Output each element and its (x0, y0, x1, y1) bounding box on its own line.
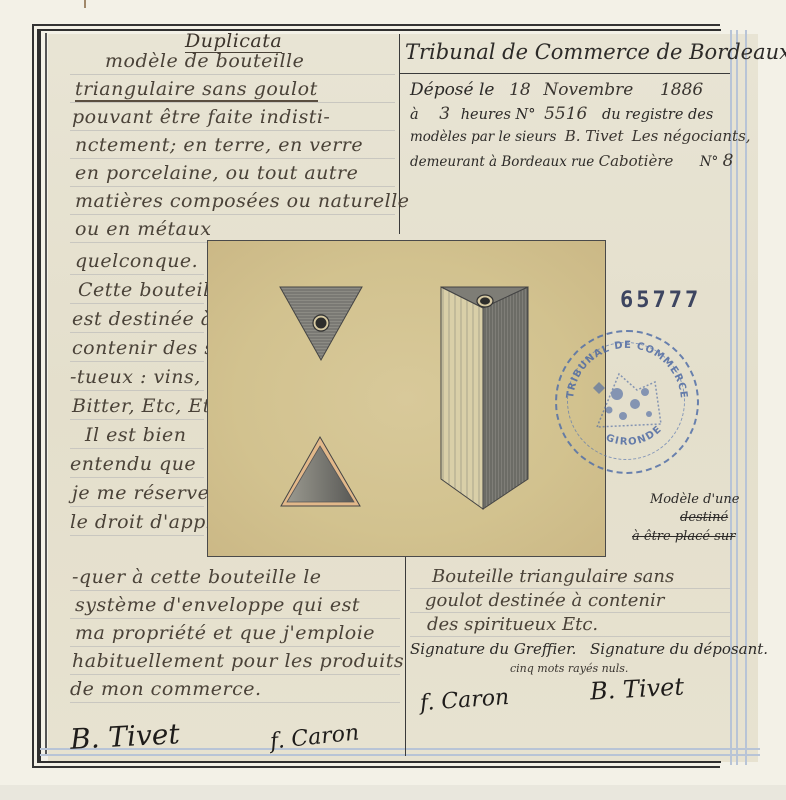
ruled-line (70, 303, 204, 304)
left-text-line: matières composées ou naturelle (75, 190, 410, 212)
left-text-line: -quer à cette bouteille le (72, 566, 322, 588)
column-divider-bottom (405, 556, 406, 756)
description-line-2: goulot destinée à contenir (425, 590, 664, 611)
ruled-line (70, 332, 204, 333)
left-text-line: nctement; en terre, en verre (75, 134, 363, 156)
depositor-signature-label: Signature du déposant. (590, 640, 768, 658)
left-signature-tivet: B. Tivet (69, 717, 180, 756)
court-seal-inner-ring (567, 342, 685, 460)
bottle-drawing (208, 241, 605, 556)
ruled-line (70, 361, 204, 362)
ruled-line (410, 612, 730, 613)
left-text-line: pouvant être faite indisti- (72, 106, 330, 128)
address-prefix: demeurant à Bordeaux rue (410, 154, 594, 170)
margin-note-struck1: destiné (680, 510, 728, 525)
drawing-plate (207, 240, 606, 557)
ruled-line (410, 588, 730, 589)
address-line: demeurant à Bordeaux rue Cabotière N° 8 (410, 151, 733, 171)
frame-inner-rule (45, 33, 47, 755)
ruled-line (70, 535, 204, 536)
ruled-line (70, 674, 400, 675)
prism-perspective-view (441, 287, 528, 509)
left-text-line: ma propriété et que j'emploie (75, 622, 375, 644)
street-number: 8 (723, 151, 734, 171)
ruled-line (70, 618, 400, 619)
street-name: Cabotière (599, 152, 674, 170)
left-text-line: je me réserve (72, 482, 209, 504)
ruled-line (70, 646, 400, 647)
ruled-line (70, 506, 204, 507)
at-label: à (410, 107, 419, 123)
ruled-line (410, 636, 730, 637)
left-text-line: en porcelaine, ou tout autre (75, 162, 358, 184)
left-text-line: Cette bouteille (78, 279, 228, 301)
left-text-line: ou en métaux (75, 218, 211, 240)
left-text-line: entendu que (70, 453, 196, 475)
depositor-line: modèles par le sieurs B. Tivet Les négoc… (410, 127, 751, 145)
clerk-signature-label: Signature du Greffier. (410, 640, 576, 658)
ruled-line (70, 186, 395, 187)
description-line-1: Bouteille triangulaire sans (432, 566, 674, 587)
depositor-signature: B. Tivet (589, 673, 684, 706)
left-text-line: -tueux : vins, (70, 366, 201, 388)
bottom-view-triangle (281, 437, 360, 506)
deposit-month: Novembre (543, 80, 633, 100)
ruled-line (70, 702, 400, 703)
street-number-label: N° (700, 154, 719, 170)
ruled-line (70, 448, 204, 449)
left-text-line: quelconque. (75, 250, 198, 272)
left-text-line: modèle de bouteille (105, 50, 304, 72)
title-rule (400, 73, 730, 74)
deletions-annotation: cinq mots rayés nuls. (510, 662, 628, 675)
ruled-line (70, 102, 395, 103)
depositor-name: B. Tivet (565, 127, 624, 145)
ruled-line (70, 158, 395, 159)
ruled-line (70, 130, 395, 131)
left-text-line: triangulaire sans goulot (75, 78, 318, 102)
ruled-line (70, 590, 400, 591)
description-line-3: des spiritueux Etc. (427, 614, 598, 635)
mat-bottom-edge (0, 785, 786, 800)
deposit-time-line: à 3 heures N° 5516 du registre des (410, 104, 713, 124)
left-text-line: de mon commerce. (70, 678, 262, 700)
ruled-line (70, 74, 395, 75)
margin-note-struck2: à être placé sur (632, 529, 735, 544)
left-text-line: est destinée à (72, 308, 213, 330)
ruled-line (70, 274, 204, 275)
hours-label: heures (461, 107, 511, 123)
top-view-triangle (280, 287, 362, 360)
left-text-line: Il est bien (85, 424, 187, 446)
register-suffix: du registre des (602, 107, 713, 123)
left-text-line: le droit d'appli- (70, 511, 226, 533)
ruled-line (70, 214, 395, 215)
ruled-line (70, 419, 204, 420)
stamped-registration-number: 65777 (620, 288, 701, 313)
margin-note-line1: Modèle d'une (650, 492, 739, 507)
deposit-day: 18 (509, 80, 531, 100)
register-number: 5516 (544, 104, 587, 124)
depositor-prefix: modèles par le sieurs (410, 129, 556, 145)
left-text-line: système d'enveloppe qui est (75, 594, 360, 616)
mat-mark (84, 0, 86, 8)
ruled-line (70, 390, 204, 391)
court-title: Tribunal de Commerce de Bordeaux (405, 40, 786, 64)
blue-rule-bottom-2 (40, 754, 760, 756)
deposit-hour: 3 (439, 104, 450, 124)
ruled-line (70, 477, 204, 478)
depositor-title: Les négociants, (632, 127, 751, 145)
deposit-date-line: Déposé le 18 Novembre 1886 (410, 80, 703, 100)
deposit-prefix: Déposé le (410, 80, 495, 100)
left-text-line: habituellement pour les produits (72, 650, 404, 672)
deposit-year: 1886 (660, 80, 703, 100)
number-label: N° (516, 107, 536, 123)
